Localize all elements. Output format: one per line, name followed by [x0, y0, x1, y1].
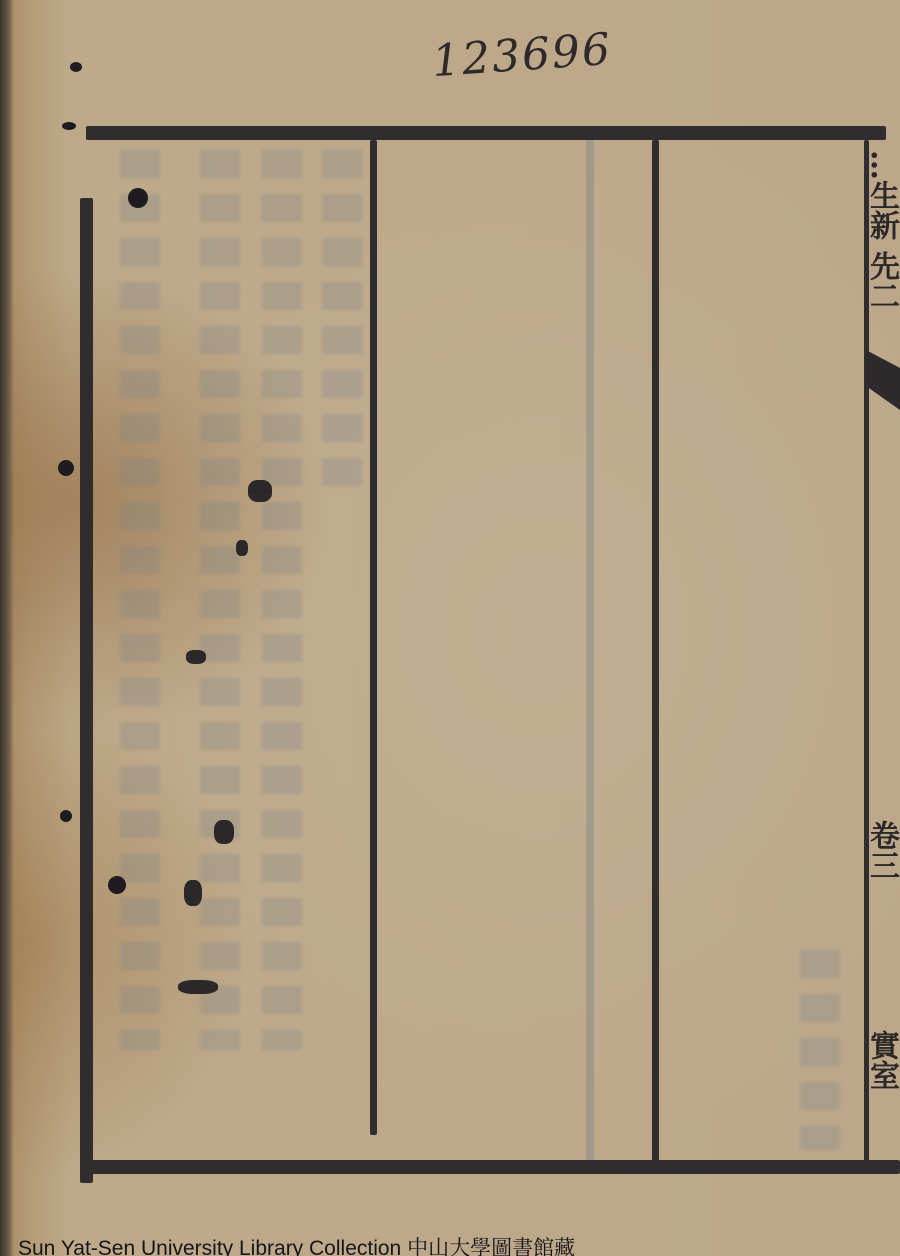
margin-volume-text: 卷三	[870, 820, 900, 880]
worm-hole	[128, 188, 148, 208]
bleed-through-text-column	[800, 950, 840, 1150]
ink-speck	[248, 480, 272, 502]
binding-hole	[58, 460, 74, 476]
bleed-through-text-column	[322, 150, 362, 500]
bleed-through-text-column	[262, 150, 302, 1050]
left-border-rule	[80, 198, 93, 1183]
ink-speck	[178, 980, 218, 994]
margin-title-text: …生新 先二	[870, 150, 900, 310]
bleed-through-rule	[586, 140, 594, 1160]
bottom-border-rule	[86, 1160, 900, 1174]
margin-bottom-text: 實室	[870, 1030, 900, 1090]
binding-hole	[60, 810, 72, 822]
binding-edge	[0, 0, 14, 1256]
column-rule-2	[652, 140, 659, 1162]
ink-speck	[184, 880, 202, 906]
binding-hole	[70, 62, 82, 72]
worm-hole	[108, 876, 126, 894]
bleed-through-text-column	[120, 150, 160, 1050]
ink-speck	[186, 650, 206, 664]
fish-tail-marker	[866, 350, 900, 410]
handwritten-catalog-number: 123696	[430, 24, 613, 87]
ink-speck	[236, 540, 248, 556]
scanned-page: 123696 …生新 先二 卷三 實室 Sun Yat-Sen Universi…	[0, 0, 900, 1256]
top-border-rule	[86, 126, 886, 140]
column-rule-1	[370, 140, 377, 1135]
bleed-through-text-column	[200, 150, 240, 1050]
library-watermark: Sun Yat-Sen University Library Collectio…	[18, 1232, 575, 1256]
binding-hole	[62, 122, 76, 130]
ink-speck	[214, 820, 234, 844]
